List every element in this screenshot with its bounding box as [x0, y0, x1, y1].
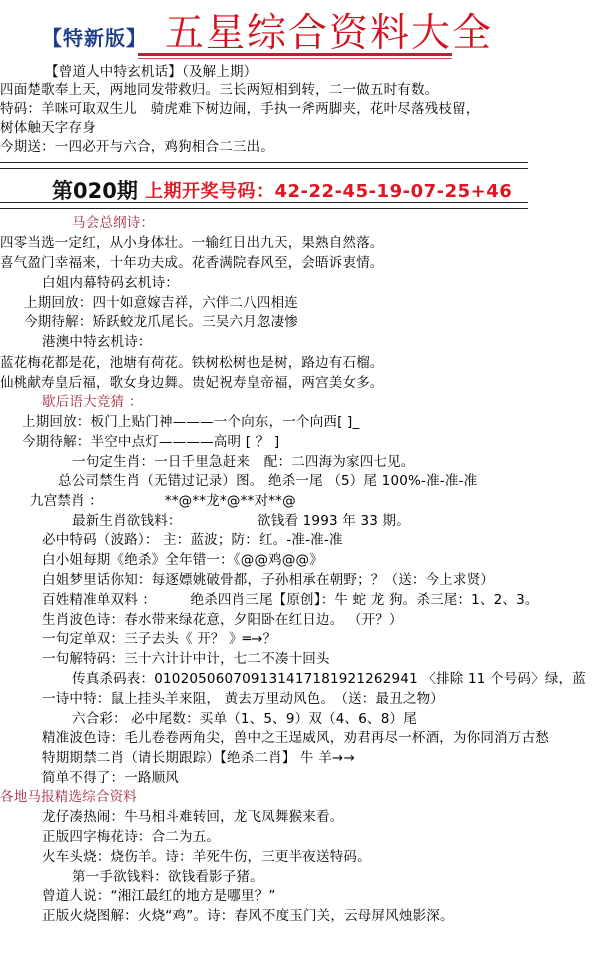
latest-zodiac-line: 最新生肖欲钱料： 欲钱看 1993 年 33 期。: [72, 512, 410, 530]
poem-pending: 今期待解：矫跃蛟龙爪尾长。三吴六月忽凄惨: [24, 313, 298, 331]
poem-special-line: 一诗中特：鼠上挂头羊来阻， 黄去万里动风色。 （送：最丑之物）: [42, 690, 444, 708]
edition-tag: 【特新版】: [42, 22, 147, 51]
riddle-pending: 今期待解：半空中点灯————高明 [ ？ ]: [22, 433, 279, 451]
color-poem-line: 生肖波色诗：春水带来绿花意，夕阳卧在红日边。 （开？）: [42, 611, 403, 629]
local-line: 正版四字梅花诗：合二为五。: [42, 828, 220, 846]
intro-line: 四面楚歌奉上天，两地同发带救归。三长两短相到转，二一做五时有数。: [0, 81, 438, 99]
section-heading-horse-poem: 马会总纲诗：: [72, 214, 154, 232]
title-underline-thin: [138, 58, 452, 59]
divider-top: [0, 162, 528, 169]
title-underline: [138, 53, 452, 56]
page-title: 五星综合资料大全: [165, 2, 493, 58]
riddle-review: 上期回放：板门上贴门神———一个向东，一个向西[ ]_: [22, 413, 359, 431]
poem-line: 喜气盈门幸福来，十年功夫成。花香满院春风至，会晤诉衷情。: [0, 254, 384, 272]
local-line: 正版火烧图解：火烧“鸡”。诗：春风不度玉门关，云母屏风烛影深。: [42, 907, 454, 925]
intro-line: 树体触天字存身: [0, 119, 96, 137]
issue-number: 第020期: [52, 175, 138, 205]
poem-review: 上期回放：四十如意嫁吉祥，六伴二八四相连: [24, 294, 298, 312]
section-heading-hk-poem: 港澳中特玄机诗：: [42, 333, 152, 351]
precise-color-poem: 精准波色诗：毛儿卷卷两角尖，兽中之王逞威风，劝君再尽一杯酒，为你同消万古愁: [42, 729, 549, 747]
local-line: 曾道人说：“湘江最红的地方是哪里？”: [42, 887, 276, 905]
last-draw-numbers: 上期开奖号码：42-22-45-19-07-25+46: [145, 177, 512, 203]
fax-table-line: 传真杀码表：0102050607091314171819212629​41 〈排…: [72, 670, 586, 688]
section-heading-riddle: 歇后语大竞猜 ：: [42, 393, 142, 411]
odd-even-line: 百姓精准单双料 ： 绝杀四肖三尾【原创】：牛 蛇 龙 狗。杀三尾：1、2、3。: [42, 591, 539, 609]
poem-line: 蓝花梅花都是花，池塘有荷花。铁树松树也是树，路边有石榴。: [0, 354, 384, 372]
divider-bottom: [0, 202, 528, 209]
section-heading-bai-poem: 白姐内幕特码玄机诗：: [42, 274, 179, 292]
intro-line: 今期送：一四必开与六合，鸡狗相合二三出。: [0, 138, 274, 156]
banned-two-zodiac: 特期期禁二肖（请长期跟踪）【绝杀二肖】 牛 羊→→: [42, 749, 355, 767]
wave-line: 必中特码（波路）： 主：蓝波；防：红。-准-准-准: [42, 531, 343, 549]
special-code-line: 一句解特码：三十六计计中计，七二不凑十回头: [42, 650, 330, 668]
dream-line: 白姐梦里话你知：每逐嫖姚破骨都，子孙相承在朝野；？（送：今上求贤）: [42, 571, 494, 589]
banned-zodiac-line: 总公司禁生肖（无错过记录）图。 绝杀一尾 （5）尾 100%-准-准-准: [58, 472, 477, 490]
local-line: 第一手欲钱料：欲钱看影子猪。: [72, 868, 264, 886]
nine-palace-line: 九宫禁肖 ： **@**龙*@**对**@: [30, 492, 296, 510]
poem-line: 仙桃献寿皇后福，歌女身边舞。贵妃祝寿皇帝福，两宫美女多。: [0, 374, 384, 392]
zodiac-line: 一句定生肖：一日千里急赶来 配：二四海为家四七见。: [72, 453, 415, 471]
intro-line: 特码：羊咪可取双生儿 骑虎难下树边闹，手执一斧两脚夹，花叶尽落残枝留，: [0, 100, 480, 118]
single-double-line: 一句定单双：三子去头《 开？ 》═→？: [42, 630, 276, 648]
lottery-tail-line: 六合彩： 必中尾数：买单（1、5、9）双（4、6、8）尾: [72, 710, 417, 728]
kill-line: 白小姐每期《绝杀》全年错一：《@@鸡@@》: [42, 551, 323, 569]
section-heading-local: 各地马报精选综合资料: [0, 788, 137, 806]
poem-line: 四零当选一定红，从小身体壮。一输红日出九天，果熟自然落。: [0, 234, 384, 252]
local-line: 龙仔凑热闹：牛马相斗难转回，龙飞凤舞猴来看。: [42, 808, 343, 826]
simple-line: 简单不得了：一路顺风: [42, 769, 179, 787]
intro-heading: 【曾道人中特玄机话】（及解上期）: [45, 63, 257, 81]
local-line: 火车头烧：烧伤羊。诗：羊死牛伤，三更半夜送特码。: [42, 848, 371, 866]
